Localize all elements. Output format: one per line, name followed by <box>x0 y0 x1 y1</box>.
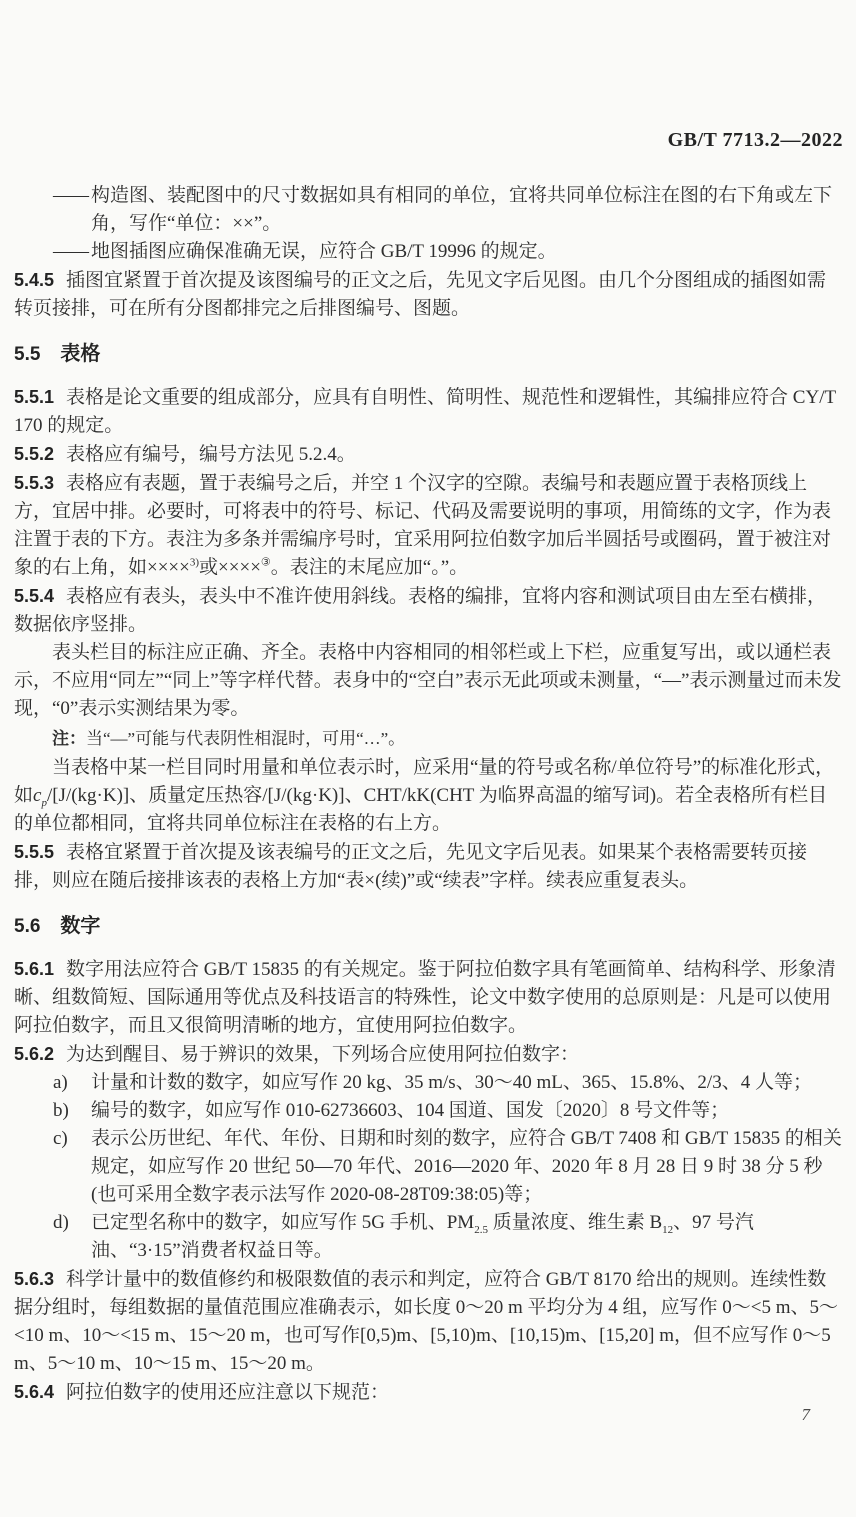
clause-number: 5.6.4 <box>14 1382 54 1402</box>
list-item-text: 质量浓度、维生素 B <box>488 1212 662 1233</box>
list-item-text: 计量和计数的数字，如应写作 20 kg、35 m/s、30～40 mL、365、… <box>91 1072 812 1093</box>
clause-5-5-3: 5.5.3表格应有表题，置于表编号之后，并空 1 个汉字的空隙。表编号和表题应置… <box>14 469 845 582</box>
clause-number: 5.4.5 <box>14 270 54 290</box>
clause-text: 或×××× <box>199 557 261 578</box>
clause-5-5-2: 5.5.2表格应有编号，编号方法见 5.2.4。 <box>14 440 845 469</box>
list-item-label: c) <box>53 1125 91 1153</box>
section-number: 5.5 <box>14 344 40 365</box>
section-heading-5-6: 5.6数字 <box>14 912 845 941</box>
clause-5-6-4: 5.6.4阿拉伯数字的使用还应注意以下规范： <box>14 1378 845 1407</box>
clause-5-6-3: 5.6.3科学计量中的数值修约和极限数值的表示和判定，应符合 GB/T 8170… <box>14 1265 845 1378</box>
page-header: GB/T 7713.2—2022 <box>14 128 843 152</box>
list-item-c: c)表示公历世纪、年代、年份、日期和时刻的数字，应符合 GB/T 7408 和 … <box>14 1125 845 1209</box>
clause-number: 5.5.3 <box>14 473 54 493</box>
clause-5-5-4: 5.5.4表格应有表头，表头中不准许使用斜线。表格的编排，宜将内容和测试项目由左… <box>14 582 845 639</box>
clause-text: 表格应有编号，编号方法见 5.2.4。 <box>66 444 356 465</box>
clause-text: 科学计量中的数值修约和极限数值的表示和判定，应符合 GB/T 8170 给出的规… <box>14 1269 838 1374</box>
clause-number: 5.6.1 <box>14 959 54 979</box>
clause-number: 5.5.5 <box>14 842 54 862</box>
clause-5-5-5: 5.5.5表格宜紧置于首次提及该表编号的正文之后，先见文字后见表。如果某个表格需… <box>14 838 845 895</box>
clause-number: 5.5.1 <box>14 387 54 407</box>
clause-text: 数字用法应符合 GB/T 15835 的有关规定。鉴于阿拉伯数字具有笔画简单、结… <box>14 959 836 1036</box>
clause-5-5-4-paragraph-2: 表头栏目的标注应正确、齐全。表格中内容相同的相邻栏或上下栏，应重复写出，或以通栏… <box>14 639 845 723</box>
list-item-b: b)编号的数字，如应写作 010-62736603、104 国道、国发〔2020… <box>14 1097 845 1125</box>
clause-number: 5.5.2 <box>14 444 54 464</box>
dash-item-text: 构造图、装配图中的尺寸数据如具有相同的单位，宜将共同单位标注在图的右下角或左下角… <box>91 185 832 234</box>
standard-number: GB/T 7713.2—2022 <box>668 129 843 151</box>
note-text: 当“—”可能与代表阴性相混时，可用“…”。 <box>86 729 405 748</box>
clause-text: 阿拉伯数字的使用还应注意以下规范： <box>66 1382 389 1403</box>
clause-5-4-5: 5.4.5插图宜紧置于首次提及该图编号的正文之后，先见文字后见图。由几个分图组成… <box>14 266 845 323</box>
section-number: 5.6 <box>14 916 40 937</box>
list-item-label: a) <box>53 1069 91 1097</box>
clause-5-5-4-paragraph-3: 当表格中某一栏目同时用量和单位表示时，应采用“量的符号或名称/单位符号”的标准化… <box>14 754 845 838</box>
dash-marker: —— <box>53 238 91 266</box>
dash-list-item-figure-units: ——构造图、装配图中的尺寸数据如具有相同的单位，宜将共同单位标注在图的右下角或左… <box>14 182 845 238</box>
clause-text: 为达到醒目、易于辨识的效果，下列场合应使用阿拉伯数字： <box>66 1044 579 1065</box>
pm25-subscript: 2.5 <box>474 1224 488 1236</box>
b12-subscript: 12 <box>662 1224 673 1236</box>
footnote-superscript: 3) <box>190 557 199 569</box>
clause-text: 表格应有表头，表头中不准许使用斜线。表格的编排，宜将内容和测试项目由左至右横排，… <box>14 586 826 635</box>
list-item-label: d) <box>53 1209 91 1237</box>
dash-item-text: 地图插图应确保准确无误，应符合 GB/T 19996 的规定。 <box>91 241 557 262</box>
circled-number-superscript: ③ <box>261 557 271 569</box>
list-item-label: b) <box>53 1097 91 1125</box>
list-item-d: d)已定型名称中的数字，如应写作 5G 手机、PM2.5 质量浓度、维生素 B1… <box>14 1209 845 1265</box>
clause-text: 插图宜紧置于首次提及该图编号的正文之后，先见文字后见图。由几个分图组成的插图如需… <box>14 270 826 319</box>
document-page: GB/T 7713.2—2022 ——构造图、装配图中的尺寸数据如具有相同的单位… <box>0 0 856 1517</box>
clause-number: 5.6.3 <box>14 1269 54 1289</box>
clause-text: 表格宜紧置于首次提及该表编号的正文之后，先见文字后见表。如果某个表格需要转页接排… <box>14 842 807 891</box>
list-item-text: 编号的数字，如应写作 010-62736603、104 国道、国发〔2020〕8… <box>91 1100 729 1121</box>
section-title: 表格 <box>60 343 100 365</box>
section-heading-5-5: 5.5表格 <box>14 340 845 369</box>
document-body: ——构造图、装配图中的尺寸数据如具有相同的单位，宜将共同单位标注在图的右下角或左… <box>14 182 845 1407</box>
table-note: 注：当“—”可能与代表阴性相混时，可用“…”。 <box>14 725 845 752</box>
clause-5-6-1: 5.6.1数字用法应符合 GB/T 15835 的有关规定。鉴于阿拉伯数字具有笔… <box>14 955 845 1040</box>
clause-5-6-2: 5.6.2为达到醒目、易于辨识的效果，下列场合应使用阿拉伯数字： <box>14 1040 845 1069</box>
clause-number: 5.5.4 <box>14 586 54 606</box>
note-label: 注： <box>52 729 86 748</box>
list-item-text: 已定型名称中的数字，如应写作 5G 手机、PM <box>91 1212 474 1233</box>
clause-text: 表格是论文重要的组成部分，应具有自明性、简明性、规范性和逻辑性，其编排应符合 C… <box>14 387 836 436</box>
dash-marker: —— <box>53 182 91 210</box>
paragraph-text: /[J/(kg·K)]、质量定压热容/[J/(kg·K)]、CHT/kK(CHT… <box>14 785 827 834</box>
paragraph-text: 表头栏目的标注应正确、齐全。表格中内容相同的相邻栏或上下栏，应重复写出，或以通栏… <box>14 642 841 719</box>
list-item-text: 表示公历世纪、年代、年份、日期和时刻的数字，应符合 GB/T 7408 和 GB… <box>91 1128 842 1205</box>
dash-list-item-map-inserts: ——地图插图应确保准确无误，应符合 GB/T 19996 的规定。 <box>14 238 845 266</box>
clause-number: 5.6.2 <box>14 1044 54 1064</box>
page-number: 7 <box>802 1401 811 1429</box>
clause-text: 。表注的末尾应加“。”。 <box>271 557 468 578</box>
section-title: 数字 <box>60 915 100 937</box>
list-item-a: a)计量和计数的数字，如应写作 20 kg、35 m/s、30～40 mL、36… <box>14 1069 845 1097</box>
clause-5-5-1: 5.5.1表格是论文重要的组成部分，应具有自明性、简明性、规范性和逻辑性，其编排… <box>14 383 845 440</box>
